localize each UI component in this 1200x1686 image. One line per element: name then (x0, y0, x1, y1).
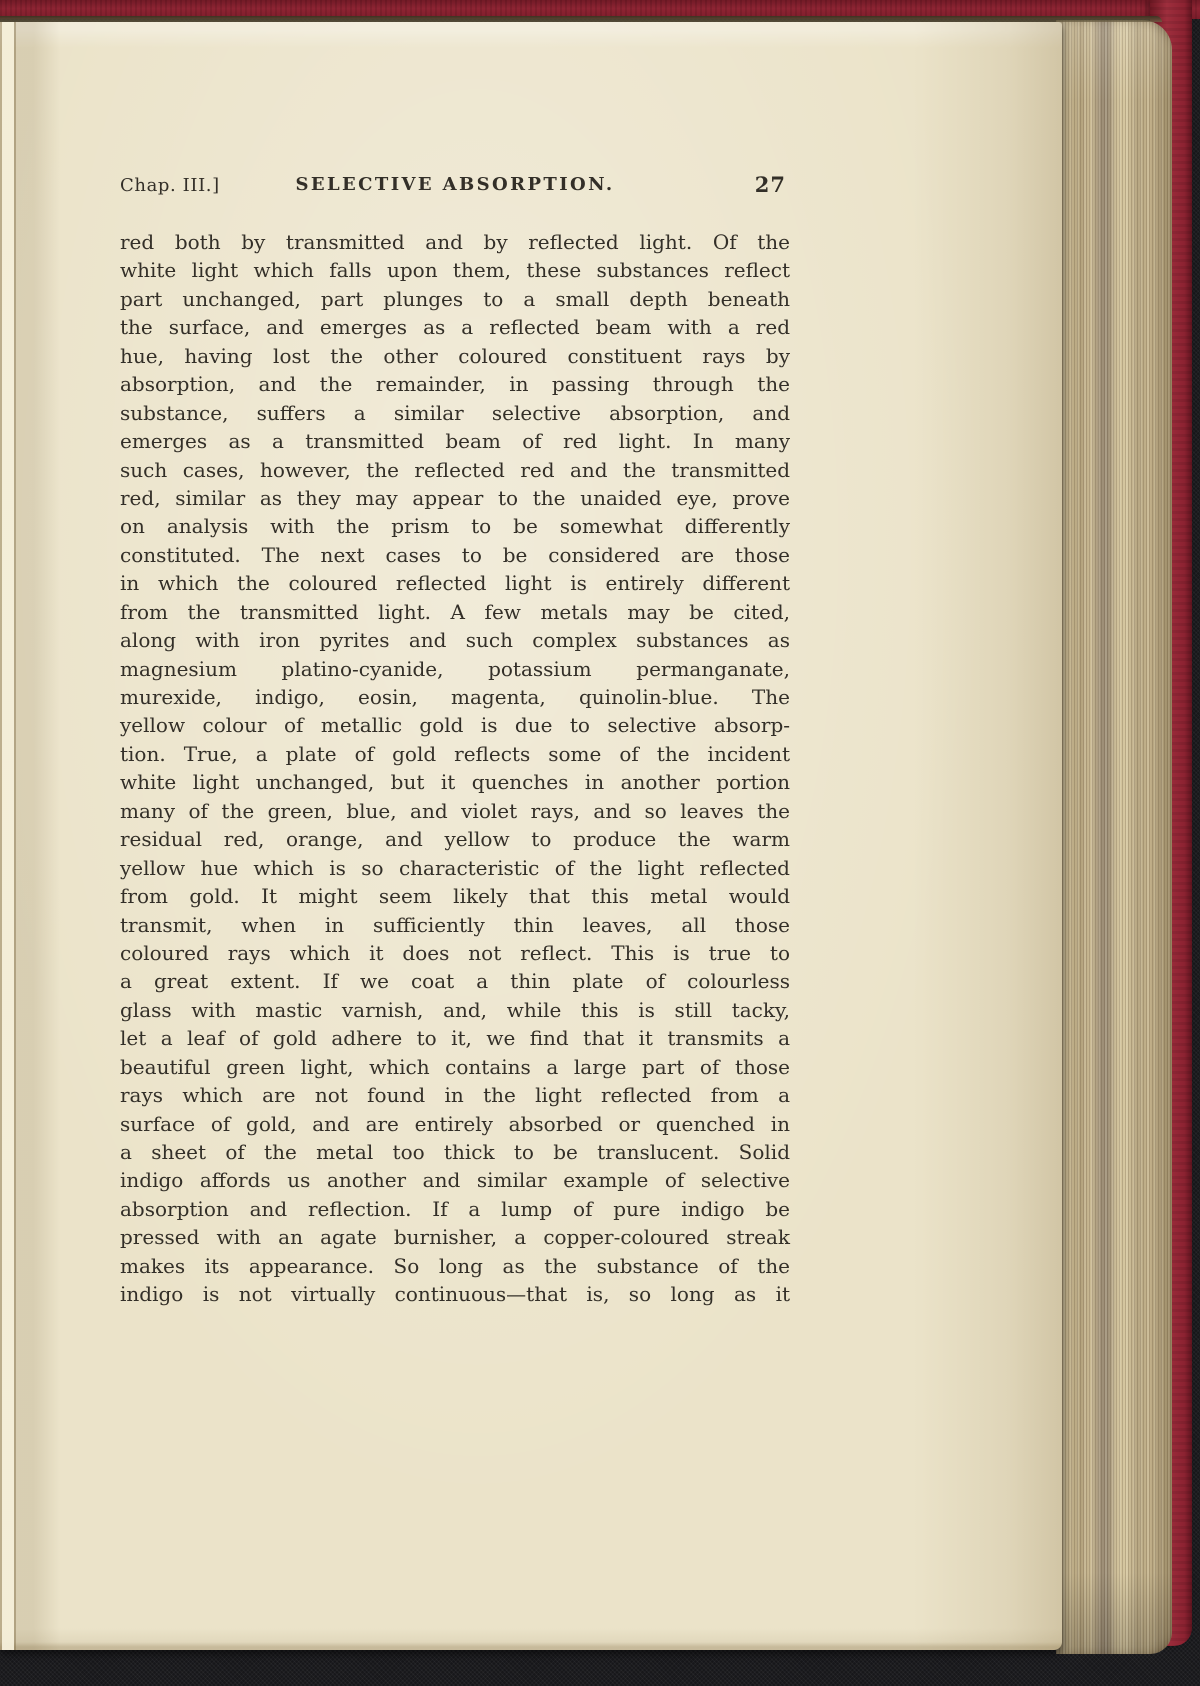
body-text: red both by transmitted and by reflected… (120, 228, 790, 1309)
text-line: residual red, orange, and yellow to prod… (120, 825, 790, 853)
page-stack-fore-edge (1056, 20, 1172, 1654)
text-line: indigo affords us another and similar ex… (120, 1166, 790, 1194)
running-header: Chap. III.] SELECTIVE ABSORPTION. 27 (120, 172, 790, 202)
text-line: on analysis with the prism to be somewha… (120, 512, 790, 540)
text-line: tion. True, a plate of gold reflects som… (120, 740, 790, 768)
text-line: makes its appearance. So long as the sub… (120, 1252, 790, 1280)
text-line: red, similar as they may appear to the u… (120, 484, 790, 512)
book-photo: Chap. III.] SELECTIVE ABSORPTION. 27 red… (0, 0, 1200, 1686)
text-line: many of the green, blue, and violet rays… (120, 797, 790, 825)
text-line: transmit, when in sufficiently thin leav… (120, 911, 790, 939)
text-line: indigo is not virtually continuous—that … (120, 1280, 790, 1308)
text-line: the surface, and emerges as a reflected … (120, 313, 790, 341)
text-line: murexide, indigo, eosin, magenta, quinol… (120, 683, 790, 711)
text-line: substance, suffers a similar selective a… (120, 399, 790, 427)
text-line: white light unchanged, but it quenches i… (120, 768, 790, 796)
text-line: such cases, however, the reflected red a… (120, 456, 790, 484)
text-line: red both by transmitted and by reflected… (120, 228, 790, 256)
text-line: a sheet of the metal too thick to be tra… (120, 1138, 790, 1166)
page-title: SELECTIVE ABSORPTION. (120, 174, 790, 195)
text-line: a great extent. If we coat a thin plate … (120, 967, 790, 995)
text-line: white light which falls upon them, these… (120, 256, 790, 284)
text-line: pressed with an agate burnisher, a coppe… (120, 1223, 790, 1251)
text-line: surface of gold, and are entirely absorb… (120, 1110, 790, 1138)
text-line: rays which are not found in the light re… (120, 1081, 790, 1109)
text-line: absorption and reflection. If a lump of … (120, 1195, 790, 1223)
text-line: from gold. It might seem likely that thi… (120, 882, 790, 910)
text-line: absorption, and the remainder, in passin… (120, 370, 790, 398)
text-line: constituted. The next cases to be consid… (120, 541, 790, 569)
text-line: yellow colour of metallic gold is due to… (120, 711, 790, 739)
text-line: let a leaf of gold adhere to it, we find… (120, 1024, 790, 1052)
page-number: 27 (755, 172, 786, 197)
text-line: hue, having lost the other coloured cons… (120, 342, 790, 370)
book-page: Chap. III.] SELECTIVE ABSORPTION. 27 red… (0, 22, 1062, 1650)
text-line: emerges as a transmitted beam of red lig… (120, 427, 790, 455)
text-line: along with iron pyrites and such complex… (120, 626, 790, 654)
text-line: from the transmitted light. A few metals… (120, 598, 790, 626)
text-line: yellow hue which is so characteristic of… (120, 854, 790, 882)
text-line: coloured rays which it does not reflect.… (120, 939, 790, 967)
text-line: in which the coloured reflected light is… (120, 569, 790, 597)
text-line: beautiful green light, which contains a … (120, 1053, 790, 1081)
text-line: glass with mastic varnish, and, while th… (120, 996, 790, 1024)
text-line: magnesium platino-cyanide, potassium per… (120, 655, 790, 683)
text-line: part unchanged, part plunges to a small … (120, 285, 790, 313)
